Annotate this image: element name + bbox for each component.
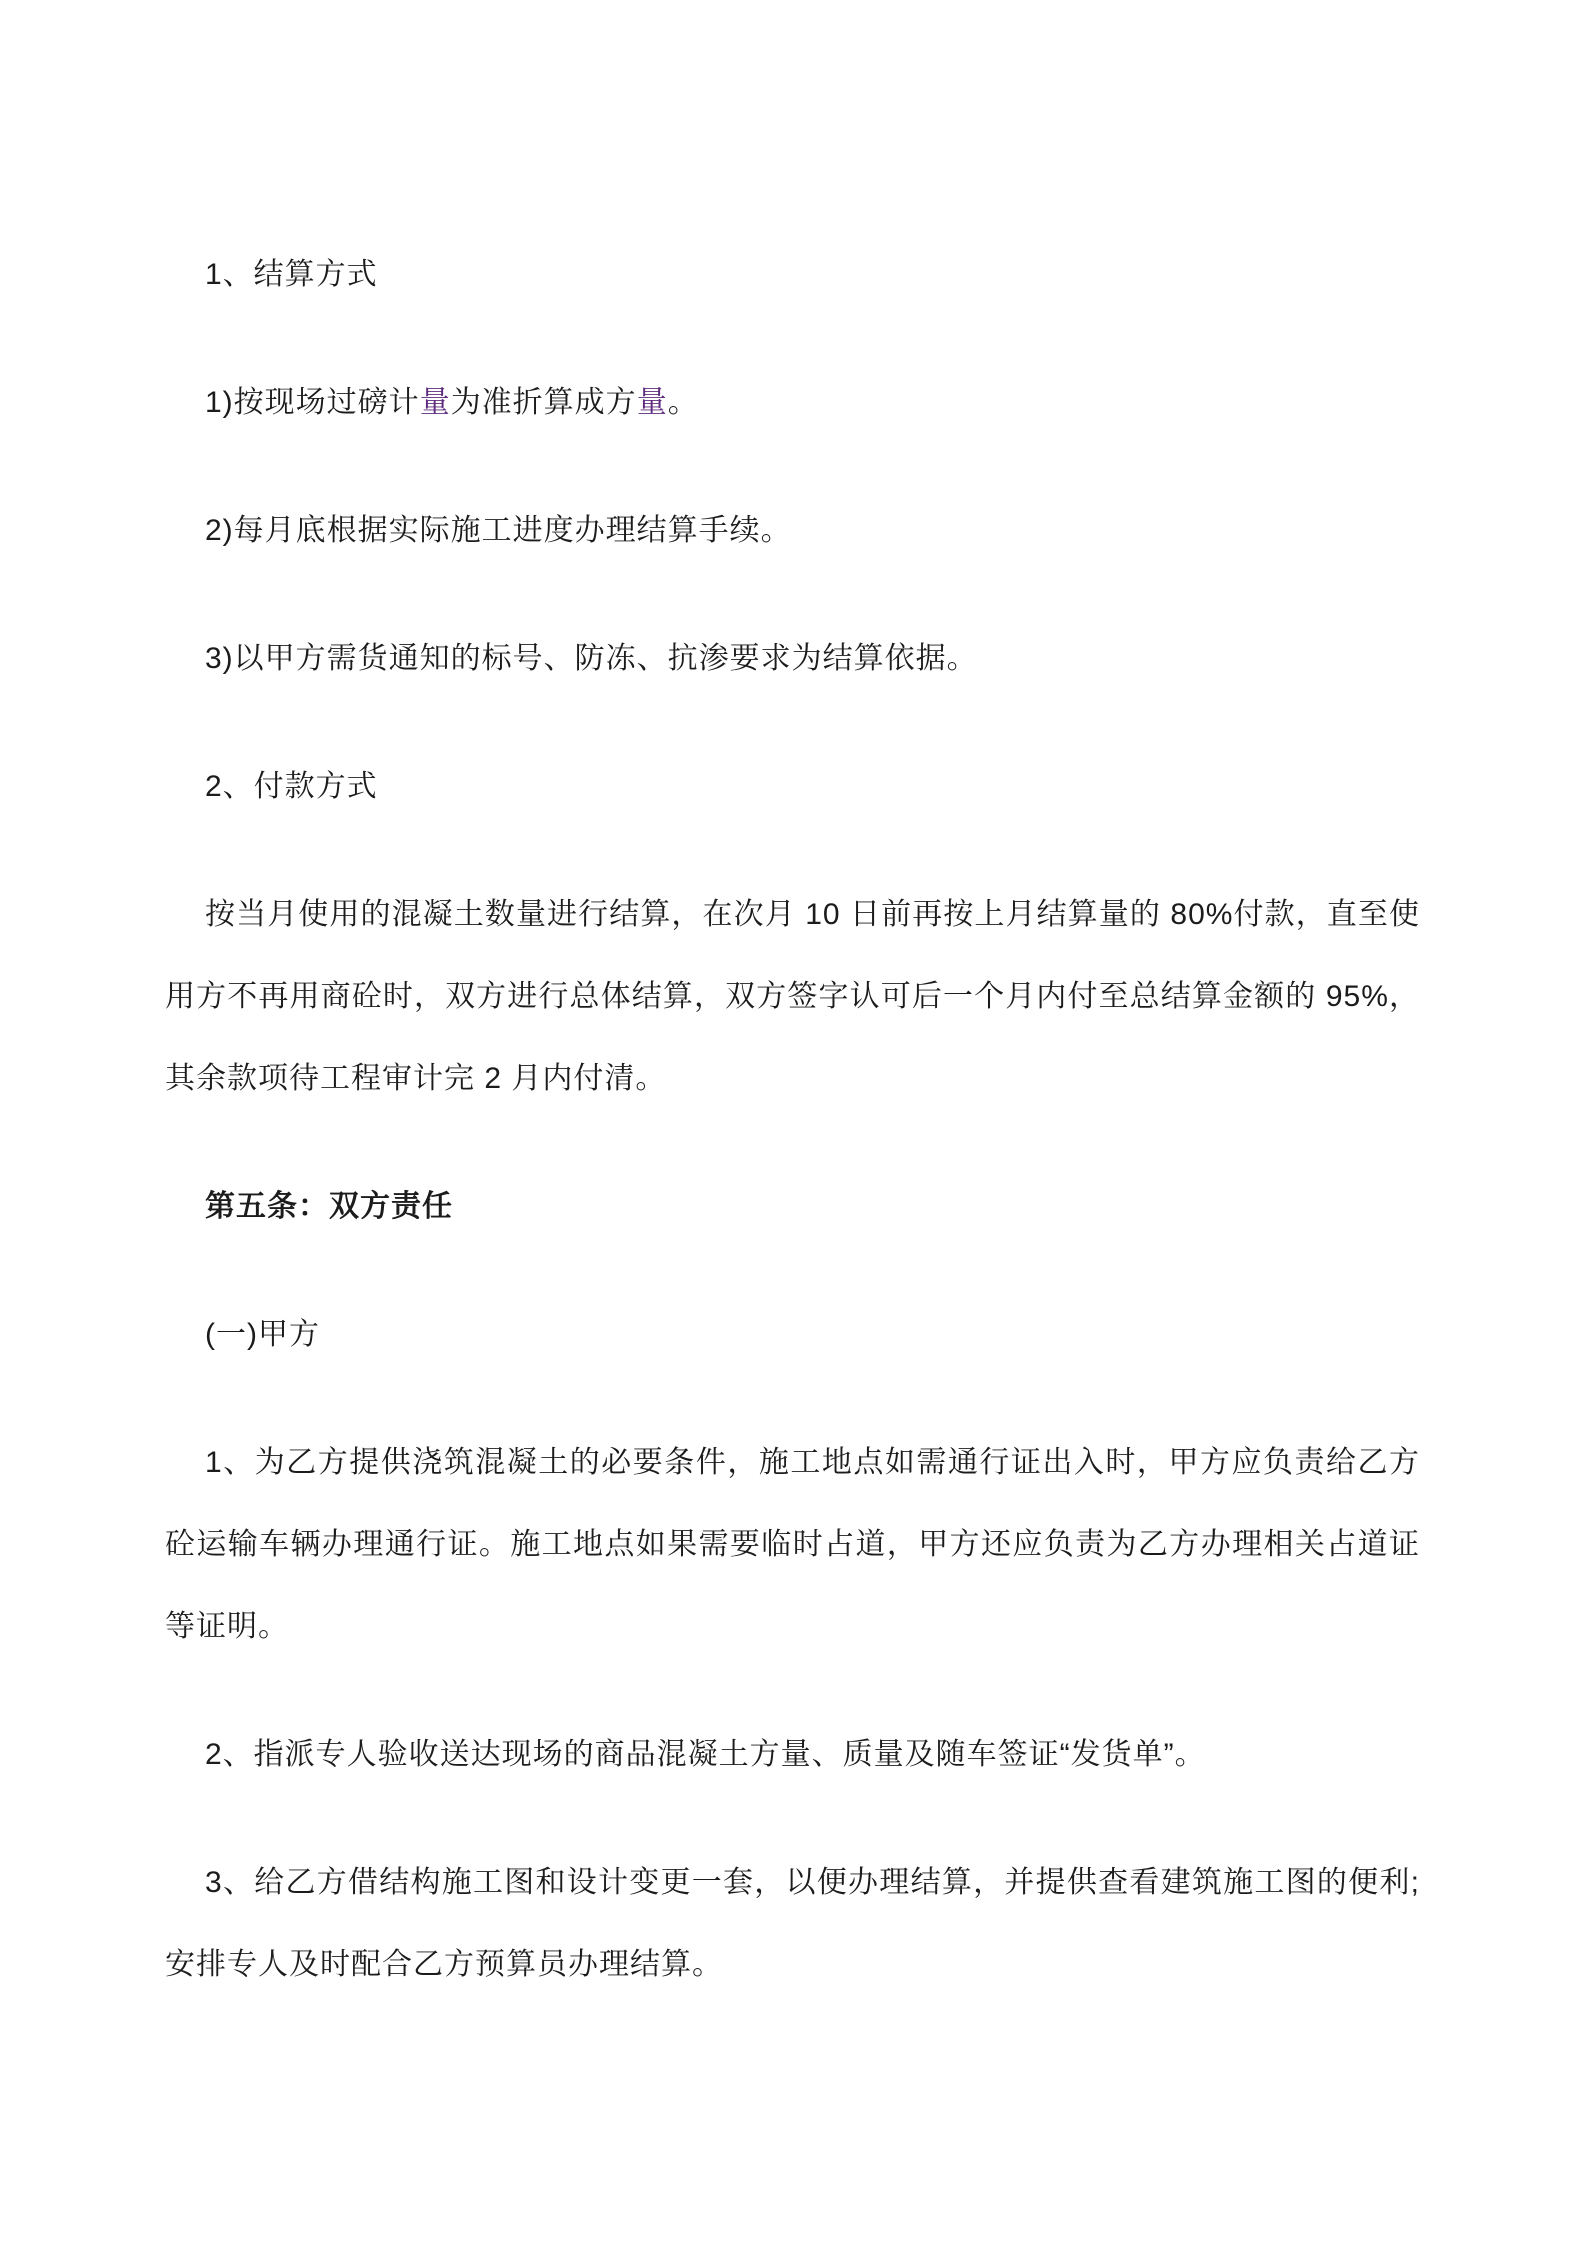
settlement-item-1-highlight-2: 量 bbox=[637, 386, 668, 419]
settlement-item-1: 1)按现场过磅计量为准折算成方量。 bbox=[165, 362, 1420, 444]
contract-body: 1、结算方式 1)按现场过磅计量为准折算成方量。 2)每月底根据实际施工进度办理… bbox=[165, 234, 1420, 2006]
settlement-item-2: 2)每月底根据实际施工进度办理结算手续。 bbox=[165, 490, 1420, 572]
party-a-item-2: 2、指派专人验收送达现场的商品混凝土方量、质量及随车签证“发货单”。 bbox=[165, 1714, 1420, 1796]
payment-terms-paragraph: 按当月使用的混凝土数量进行结算，在次月 10 日前再按上月结算量的 80%付款，… bbox=[165, 874, 1420, 1120]
party-a-item-3: 3、给乙方借结构施工图和设计变更一套，以便办理结算，并提供查看建筑施工图的便利;… bbox=[165, 1842, 1420, 2006]
settlement-item-1-highlight-1: 量 bbox=[420, 386, 451, 419]
settlement-item-1-pre: 1)按现场过磅计 bbox=[205, 386, 420, 419]
document-page: 1、结算方式 1)按现场过磅计量为准折算成方量。 2)每月底根据实际施工进度办理… bbox=[0, 0, 1586, 2244]
settlement-item-1-post: 。 bbox=[668, 386, 699, 419]
settlement-item-1-mid: 为准折算成方 bbox=[451, 386, 637, 419]
party-a-item-1: 1、为乙方提供浇筑混凝土的必要条件，施工地点如需通行证出入时，甲方应负责给乙方砼… bbox=[165, 1422, 1420, 1668]
payment-method-heading: 2、付款方式 bbox=[165, 746, 1420, 828]
settlement-item-3: 3)以甲方需货通知的标号、防冻、抗渗要求为结算依据。 bbox=[165, 618, 1420, 700]
settlement-method-heading: 1、结算方式 bbox=[165, 234, 1420, 316]
article5-heading: 第五条：双方责任 bbox=[165, 1166, 1420, 1248]
party-a-heading: (一)甲方 bbox=[165, 1294, 1420, 1376]
